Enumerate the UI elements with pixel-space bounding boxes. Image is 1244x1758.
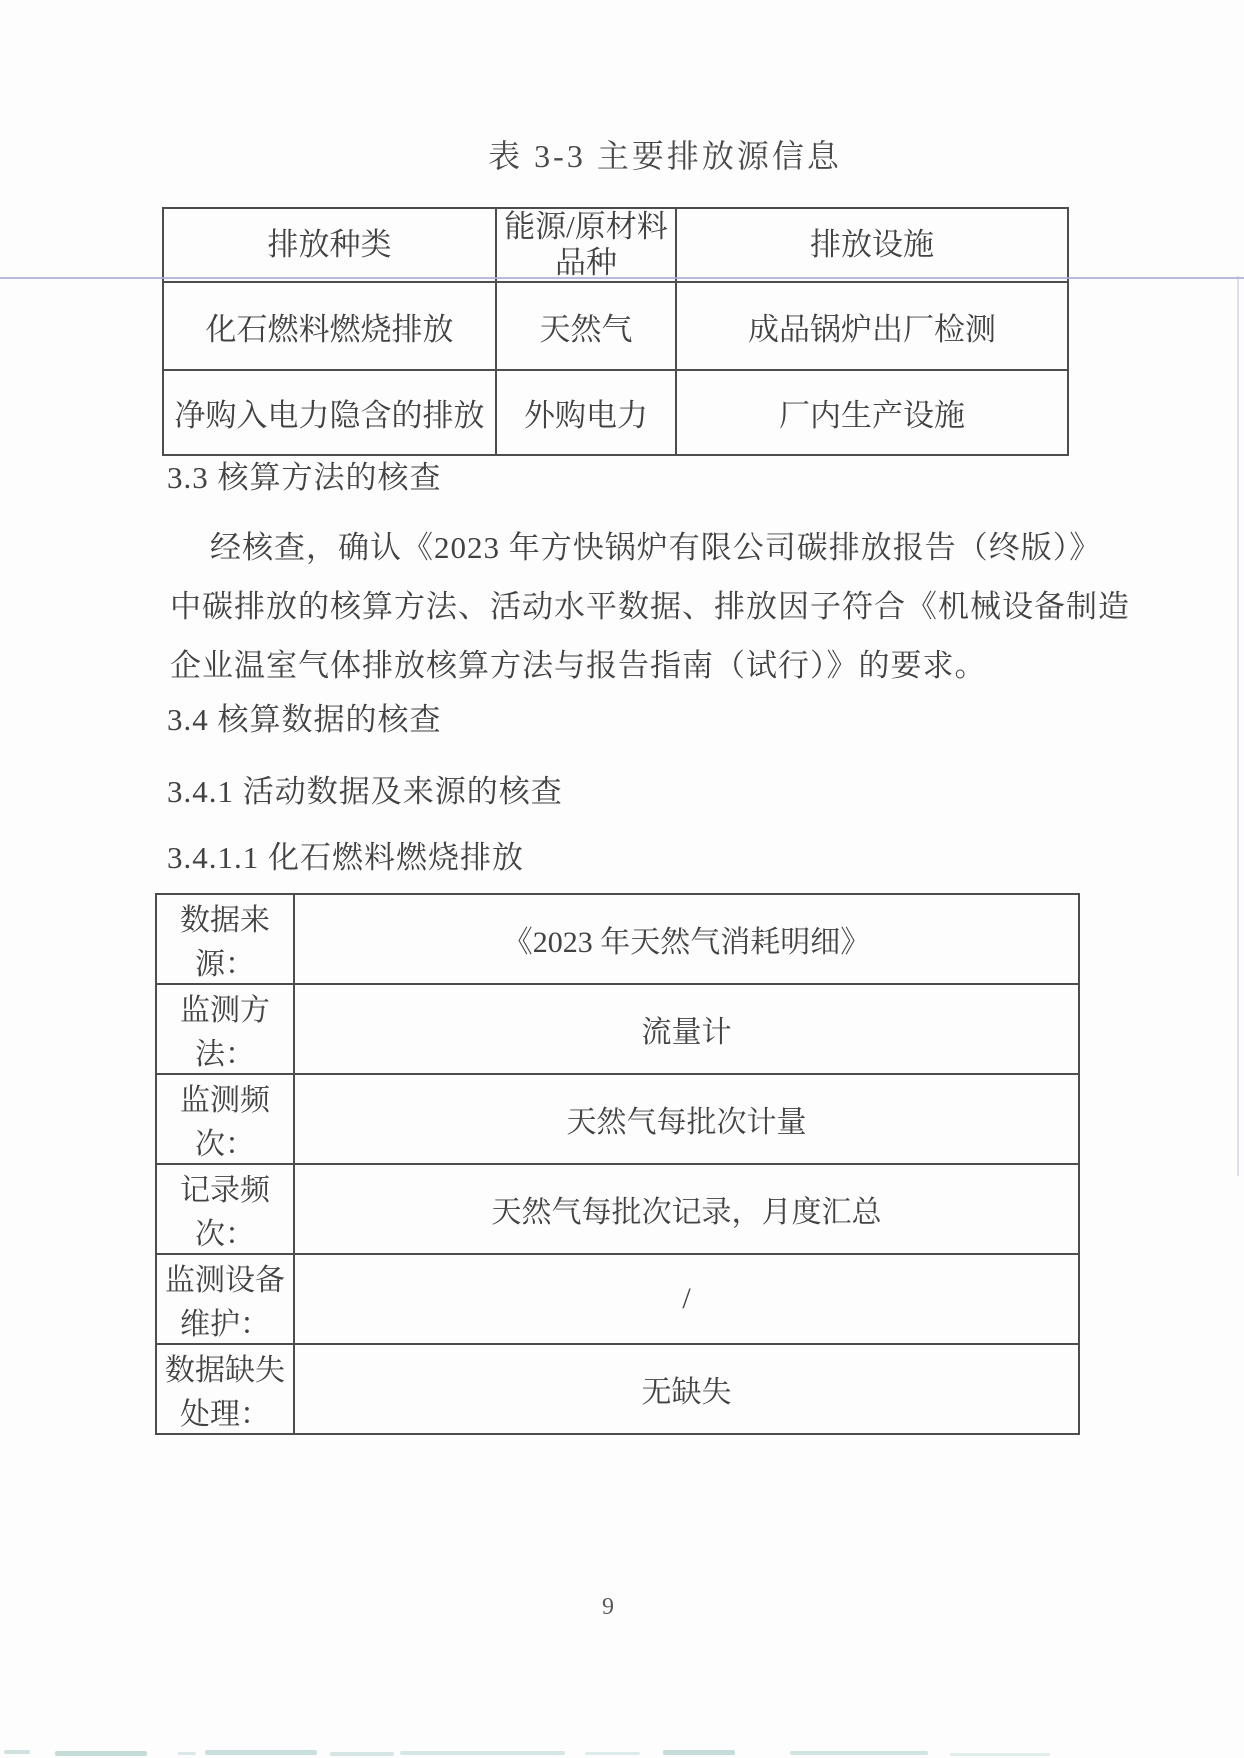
- header-cell-emission-type: 排放种类: [163, 208, 496, 282]
- table-row: 监测设备维护： /: [156, 1254, 1079, 1344]
- cell-emission-type: 化石燃料燃烧排放: [163, 282, 496, 370]
- row-label: 记录频次：: [156, 1164, 294, 1254]
- row-label: 监测频次：: [156, 1074, 294, 1164]
- table-row: 化石燃料燃烧排放 天然气 成品锅炉出厂检测: [163, 282, 1068, 370]
- smudge-artifact: [205, 1750, 317, 1755]
- table-row: 净购入电力隐含的排放 外购电力 厂内生产设施: [163, 370, 1068, 455]
- row-label: 数据缺失处理：: [156, 1344, 294, 1434]
- row-value: 天然气每批次计量: [294, 1074, 1079, 1164]
- header-cell-emission-facility: 排放设施: [676, 208, 1068, 282]
- smudge-artifact: [585, 1752, 640, 1755]
- smudge-artifact: [330, 1752, 394, 1756]
- row-label: 数据来源：: [156, 894, 294, 984]
- table-row: 数据来源： 《2023 年天然气消耗明细》: [156, 894, 1079, 984]
- cell-energy-kind: 外购电力: [496, 370, 676, 455]
- row-value: 天然气每批次记录，月度汇总: [294, 1164, 1079, 1254]
- scan-line-artifact: [0, 277, 1244, 279]
- smudge-artifact: [663, 1750, 735, 1755]
- table-header-row: 排放种类 能源/原材料 品种 排放设施: [163, 208, 1068, 282]
- paragraph-line: 中碳排放的核算方法、活动水平数据、排放因子符合《机械设备制造: [170, 577, 1085, 636]
- row-value: 无缺失: [294, 1344, 1079, 1434]
- row-value: /: [294, 1254, 1079, 1344]
- row-value: 《2023 年天然气消耗明细》: [294, 894, 1079, 984]
- emission-sources-table: 排放种类 能源/原材料 品种 排放设施 化石燃料燃烧排放 天然气 成品锅炉出厂检…: [162, 207, 1069, 456]
- table-row: 数据缺失处理： 无缺失: [156, 1344, 1079, 1434]
- smudge-artifact: [950, 1753, 1050, 1756]
- cell-facility: 厂内生产设施: [676, 370, 1068, 455]
- section-heading-3-4: 3.4 核算数据的核查: [167, 700, 1082, 740]
- row-value: 流量计: [294, 984, 1079, 1074]
- page-edge-artifact: [1237, 276, 1239, 1176]
- cell-energy-kind: 天然气: [496, 282, 676, 370]
- table-caption: 表 3-3 主要排放源信息: [210, 134, 1120, 178]
- cell-emission-type: 净购入电力隐含的排放: [163, 370, 496, 455]
- section-heading-3-4-1-1: 3.4.1.1 化石燃料燃烧排放: [167, 838, 1082, 878]
- cell-facility: 成品锅炉出厂检测: [676, 282, 1068, 370]
- smudge-artifact: [790, 1751, 928, 1755]
- table-row: 记录频次： 天然气每批次记录，月度汇总: [156, 1164, 1079, 1254]
- smudge-artifact: [178, 1752, 196, 1755]
- smudge-artifact: [55, 1751, 147, 1756]
- header-cell-energy-material: 能源/原材料 品种: [496, 208, 676, 282]
- section-heading-3-3: 3.3 核算方法的核查: [167, 458, 1082, 498]
- scan-artifacts: [0, 1744, 1244, 1758]
- document-page: 表 3-3 主要排放源信息 排放种类 能源/原材料 品种 排放设施 化石燃料燃烧…: [0, 0, 1244, 1758]
- paragraph-line: 经核查，确认《2023 年方快锅炉有限公司碳排放报告（终版）》: [170, 518, 1085, 577]
- row-label: 监测方法：: [156, 984, 294, 1074]
- section-heading-3-4-1: 3.4.1 活动数据及来源的核查: [167, 772, 1082, 812]
- smudge-artifact: [4, 1750, 30, 1754]
- smudge-artifact: [400, 1751, 565, 1755]
- table-row: 监测方法： 流量计: [156, 984, 1079, 1074]
- page-number: 9: [0, 1594, 1216, 1624]
- fossil-fuel-activity-data-table: 数据来源： 《2023 年天然气消耗明细》 监测方法： 流量计 监测频次： 天然…: [155, 893, 1080, 1435]
- paragraph-line: 企业温室气体排放核算方法与报告指南（试行）》的要求。: [170, 636, 1085, 695]
- table-row: 监测频次： 天然气每批次计量: [156, 1074, 1079, 1164]
- row-label: 监测设备维护：: [156, 1254, 294, 1344]
